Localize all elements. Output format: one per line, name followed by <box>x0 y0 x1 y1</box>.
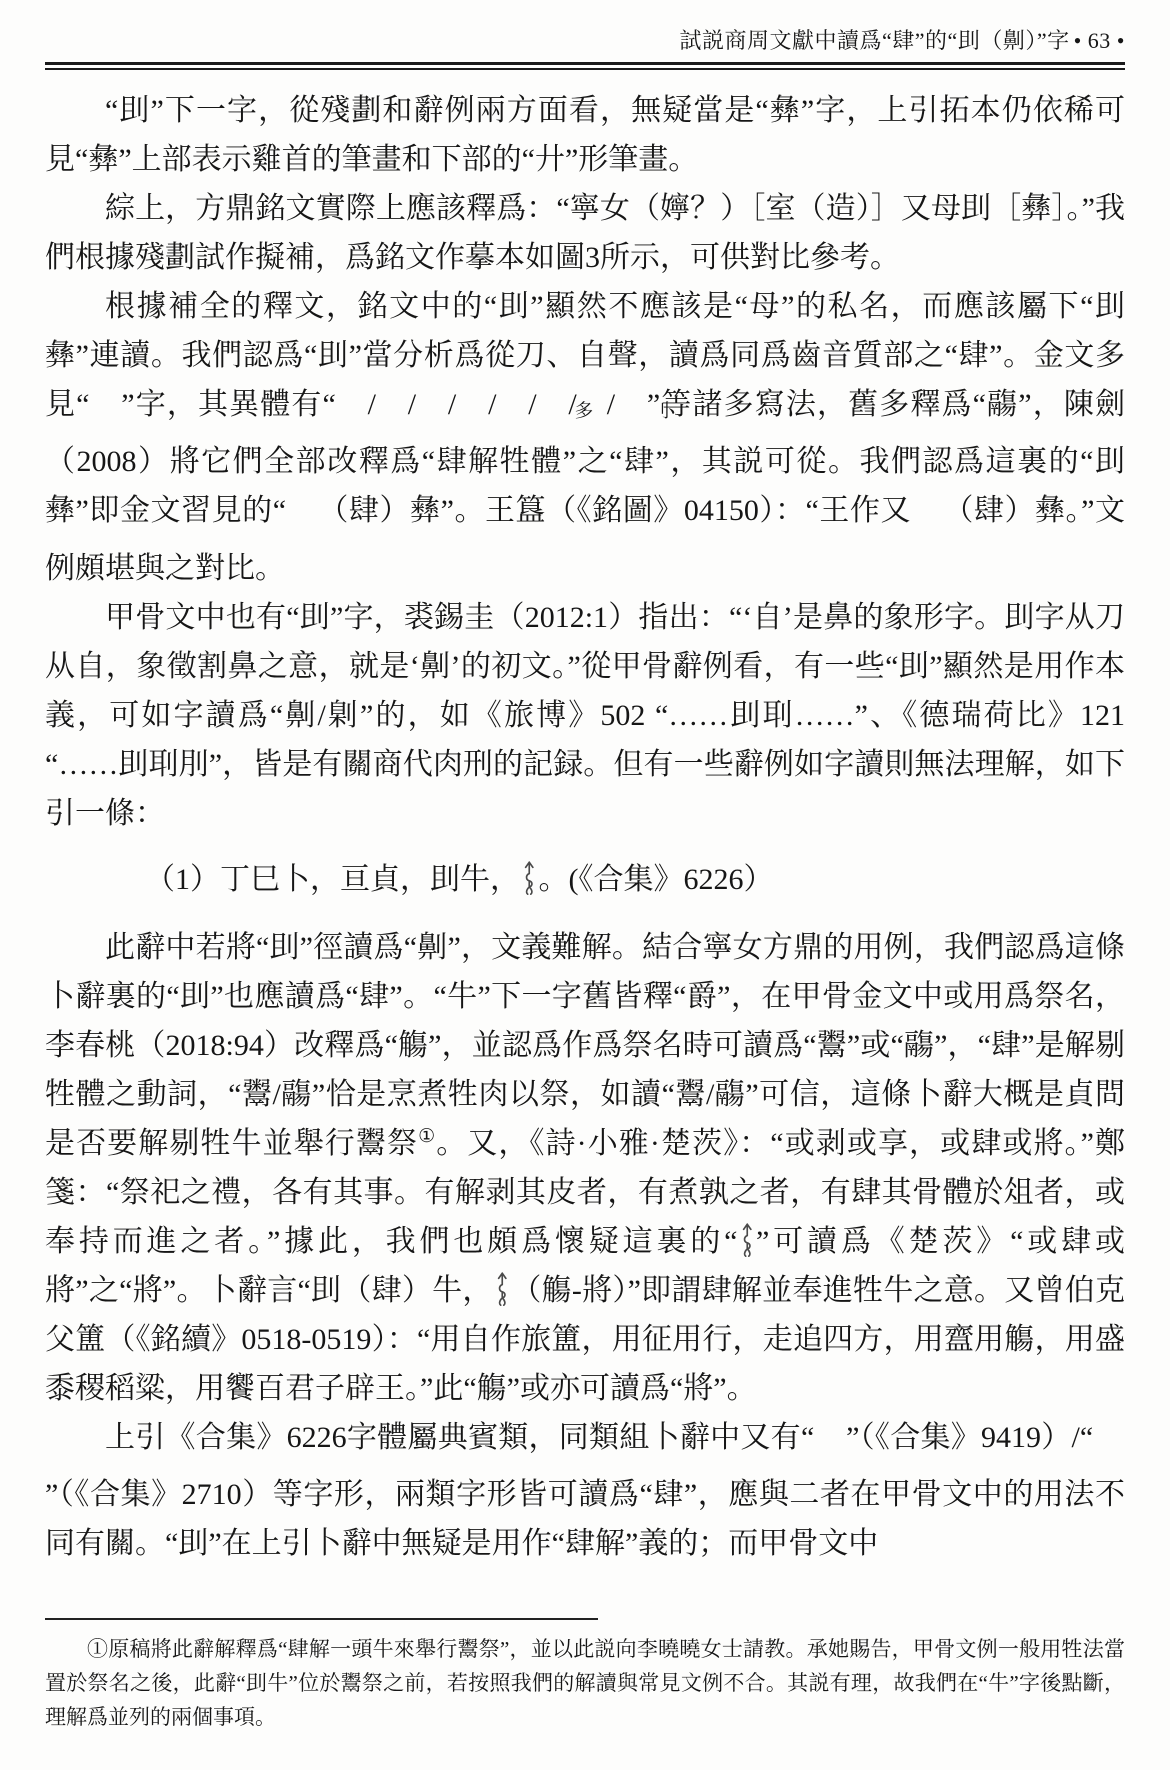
quote-source: 。(《合集》6226） <box>539 863 774 896</box>
page-header: 試説商周文獻中讀爲“肆”的“刞（劓）”字 • 63 • <box>45 24 1125 62</box>
footnote-1: ①原稿將此辭解釋爲“肆解一頭牛來舉行鬻祭”，並以此説向李曉曉女士請教。承她賜告，… <box>45 1632 1125 1734</box>
archaic-glyph-variant-8: 爿鼎 <box>615 407 647 437</box>
page-number: • 63 • <box>1074 28 1125 54</box>
footnote-marker: ① <box>87 1637 108 1661</box>
archaic-glyph-variant-3: 刀多鼎 <box>416 407 448 437</box>
paragraph-3: 根據補全的釋文，銘文中的“刞”顯然不應該是“母”的私名，而應該屬下“刞彝”連讀。… <box>45 282 1125 593</box>
oracle-shang-glyph-image <box>521 860 538 895</box>
paragraph-1: “刞”下一字，從殘劃和辭例兩方面看，無疑當是“彝”字，上引拓本仍依稀可見“彝”上… <box>45 86 1125 184</box>
glyph-separator: / <box>488 388 496 421</box>
archaic-glyph-si-common: 目刀鼎 <box>286 514 318 544</box>
paragraph-6: 此辭中若將“刞”徑讀爲“劓”，文義難解。結合寧女方鼎的用例，我們認爲這條卜辭裏的… <box>45 923 1125 1413</box>
archaic-glyph-heji-9419: 刀目 <box>814 1440 846 1470</box>
paragraph-4: 甲骨文中也有“刞”字，裘錫圭（2012:1）指出：“‘自’是鼻的象形字。刞字从刀… <box>45 593 1125 838</box>
archaic-glyph-variant-7: 多刂 <box>577 397 607 427</box>
archaic-glyph-si-wanggui: 爿刀鼎 <box>911 514 943 544</box>
paragraph-text: 此辭中若將“刞”徑讀爲“劓”，文義難解。結合寧女方鼎的用例，我們認爲這條卜辭裏的… <box>45 931 1125 1160</box>
glyph-separator: / <box>607 388 615 421</box>
paragraph-text: ”（《合集》2710）等字形，兩類字形皆可讀爲“肆”，應與二者在甲骨文中的用法不… <box>45 1478 1125 1560</box>
header-rule <box>45 62 1125 70</box>
footnote-rule <box>45 1618 598 1620</box>
oracle-shang-glyph-image <box>494 1271 511 1306</box>
archaic-glyph-heji-2710: 爿鼎 <box>1093 1440 1125 1470</box>
oracle-inscription-quote: （1）丁巳卜，亘貞，刞牛，。(《合集》6226） <box>45 855 1125 904</box>
glyph-separator: / <box>408 388 416 421</box>
oracle-shang-glyph-image <box>739 1222 756 1257</box>
footnote-ref-1: ① <box>418 1126 436 1147</box>
quote-text: （1）丁巳卜，亘貞，刞牛， <box>145 863 520 896</box>
paragraph-text: ”字，其異體有“ <box>121 388 336 421</box>
document-page: 試説商周文獻中讀爲“肆”的“刞（劓）”字 • 63 • “刞”下一字，從殘劃和辭… <box>0 0 1170 1770</box>
glyph-separator: / <box>368 388 376 421</box>
archaic-glyph-variant-1: 刀目 <box>336 407 368 437</box>
archaic-glyph-si-bronze: 目刀鼎 <box>89 407 121 437</box>
footnote-text: 原稿將此辭解釋爲“肆解一頭牛來舉行鬻祭”，並以此説向李曉曉女士請教。承她賜告，甲… <box>45 1637 1125 1729</box>
paragraph-text: 綜上，方鼎銘文實際上應該釋爲：“寧女（嬣？）［室（造）］又母刞［彝］。”我們根據… <box>45 192 1125 274</box>
footnote-area: ①原稿將此辭解釋爲“肆解一頭牛來舉行鬻祭”，並以此説向李曉曉女士請教。承她賜告，… <box>45 1618 1125 1734</box>
paragraph-text: “刞”下一字，從殘劃和辭例兩方面看，無疑當是“彝”字，上引拓本仍依稀可見“彝”上… <box>45 94 1125 176</box>
paragraph-text: ”（《合集》9419）/“ <box>846 1421 1093 1454</box>
paragraph-text: 甲骨文中也有“刞”字，裘錫圭（2012:1）指出：“‘自’是鼻的象形字。刞字从刀… <box>45 601 1125 830</box>
archaic-glyph-variant-4: 臼刀鼎 <box>456 407 488 437</box>
paragraph-text: 上引《合集》6226字體屬典賓類，同類組卜辭中又有“ <box>105 1421 814 1454</box>
running-title: 試説商周文獻中讀爲“肆”的“刞（劓）”字 <box>680 24 1070 55</box>
paragraph-7: 上引《合集》6226字體屬典賓類，同類組卜辭中又有“刀目”（《合集》9419）/… <box>45 1413 1125 1568</box>
archaic-glyph-variant-2: 目刀鼎 <box>376 407 408 437</box>
article-body: “刞”下一字，從殘劃和辭例兩方面看，無疑當是“彝”字，上引拓本仍依稀可見“彝”上… <box>45 86 1125 1568</box>
paragraph-text: （肆）彝”。王簋（《銘圖》04150）：“王作又 <box>318 494 911 527</box>
glyph-separator: / <box>448 388 456 421</box>
paragraph-2: 綜上，方鼎銘文實際上應該釋爲：“寧女（嬣？）［室（造）］又母刞［彝］。”我們根據… <box>45 184 1125 282</box>
